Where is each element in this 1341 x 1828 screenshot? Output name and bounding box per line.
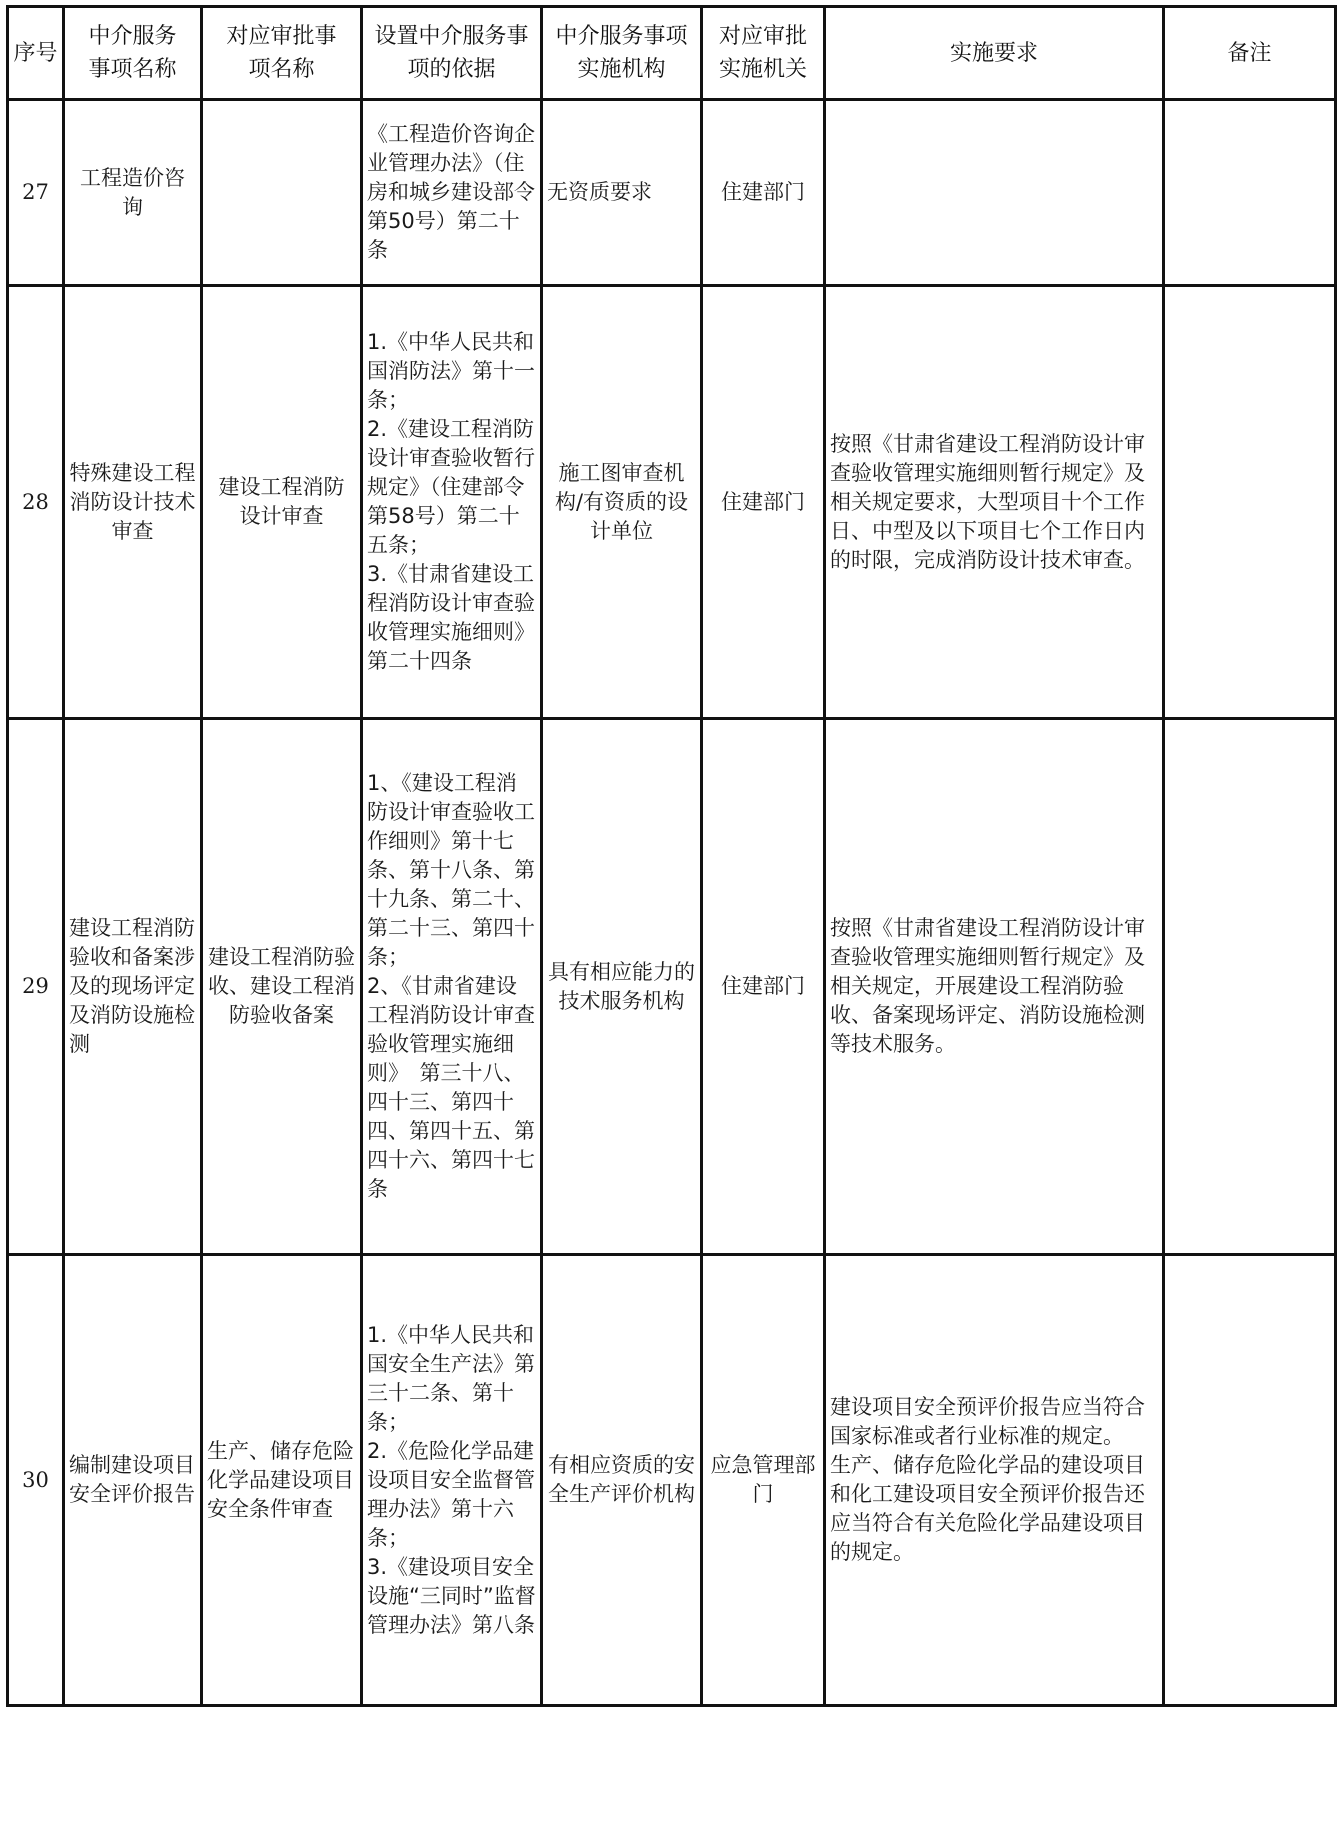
cell-implementing-org: 施工图审查机构/有资质的设计单位 bbox=[542, 286, 702, 719]
cell-requirements: 按照《甘肃省建设工程消防设计审查验收管理实施细则暂行规定》及相关规定要求，大型项… bbox=[825, 286, 1164, 719]
cell-requirements: 按照《甘肃省建设工程消防设计审查验收管理实施细则暂行规定》及相关规定，开展建设工… bbox=[825, 719, 1164, 1255]
header-serial-no: 序号 bbox=[8, 7, 64, 100]
table-row: 30 编制建设项目安全评价报告 生产、储存危险化学品建设项目安全条件审查 1.《… bbox=[8, 1255, 1336, 1706]
cell-serial-no: 30 bbox=[8, 1255, 64, 1706]
cell-approval-authority: 应急管理部门 bbox=[702, 1255, 825, 1706]
header-approval-authority: 对应审批实施机关 bbox=[702, 7, 825, 100]
cell-serial-no: 29 bbox=[8, 719, 64, 1255]
cell-serial-no: 27 bbox=[8, 100, 64, 286]
cell-approval-authority: 住建部门 bbox=[702, 286, 825, 719]
table-row: 27 工程造价咨询 《工程造价咨询企业管理办法》（住房和城乡建设部令第50号）第… bbox=[8, 100, 1336, 286]
cell-approval-authority: 住建部门 bbox=[702, 719, 825, 1255]
cell-approval-item bbox=[202, 100, 362, 286]
header-approval-item: 对应审批事项名称 bbox=[202, 7, 362, 100]
cell-approval-item: 建设工程消防验收、建设工程消防验收备案 bbox=[202, 719, 362, 1255]
cell-requirements: 建设项目安全预评价报告应当符合国家标准或者行业标准的规定。 生产、储存危险化学品… bbox=[825, 1255, 1164, 1706]
cell-serial-no: 28 bbox=[8, 286, 64, 719]
cell-basis: 1.《中华人民共和国安全生产法》第三十二条、第十条； 2.《危险化学品建设项目安… bbox=[362, 1255, 542, 1706]
cell-remarks bbox=[1164, 719, 1336, 1255]
cell-implementing-org: 无资质要求 bbox=[542, 100, 702, 286]
cell-implementing-org: 有相应资质的安全生产评价机构 bbox=[542, 1255, 702, 1706]
cell-remarks bbox=[1164, 1255, 1336, 1706]
cell-approval-authority: 住建部门 bbox=[702, 100, 825, 286]
cell-service-name: 特殊建设工程消防设计技术审查 bbox=[64, 286, 202, 719]
intermediary-services-table: 序号 中介服务事项名称 对应审批事项名称 设置中介服务事项的依据 中介服务事项实… bbox=[6, 5, 1337, 1707]
table-row: 29 建设工程消防验收和备案涉及的现场评定及消防设施检测 建设工程消防验收、建设… bbox=[8, 719, 1336, 1255]
header-remarks: 备注 bbox=[1164, 7, 1336, 100]
cell-approval-item: 建设工程消防设计审查 bbox=[202, 286, 362, 719]
header-service-name: 中介服务事项名称 bbox=[64, 7, 202, 100]
table-row: 28 特殊建设工程消防设计技术审查 建设工程消防设计审查 1.《中华人民共和国消… bbox=[8, 286, 1336, 719]
cell-requirements bbox=[825, 100, 1164, 286]
cell-implementing-org: 具有相应能力的技术服务机构 bbox=[542, 719, 702, 1255]
cell-basis: 《工程造价咨询企业管理办法》（住房和城乡建设部令第50号）第二十条 bbox=[362, 100, 542, 286]
header-implementing-org: 中介服务事项实施机构 bbox=[542, 7, 702, 100]
cell-service-name: 编制建设项目安全评价报告 bbox=[64, 1255, 202, 1706]
cell-remarks bbox=[1164, 286, 1336, 719]
cell-approval-item: 生产、储存危险化学品建设项目安全条件审查 bbox=[202, 1255, 362, 1706]
table-header-row: 序号 中介服务事项名称 对应审批事项名称 设置中介服务事项的依据 中介服务事项实… bbox=[8, 7, 1336, 100]
cell-service-name: 工程造价咨询 bbox=[64, 100, 202, 286]
cell-remarks bbox=[1164, 100, 1336, 286]
header-basis: 设置中介服务事项的依据 bbox=[362, 7, 542, 100]
cell-basis: 1、《建设工程消防设计审查验收工作细则》第十七条、第十八条、第十九条、第二十、第… bbox=[362, 719, 542, 1255]
header-requirements: 实施要求 bbox=[825, 7, 1164, 100]
cell-service-name: 建设工程消防验收和备案涉及的现场评定及消防设施检测 bbox=[64, 719, 202, 1255]
cell-basis: 1.《中华人民共和国消防法》第十一条； 2.《建设工程消防设计审查验收暂行规定》… bbox=[362, 286, 542, 719]
